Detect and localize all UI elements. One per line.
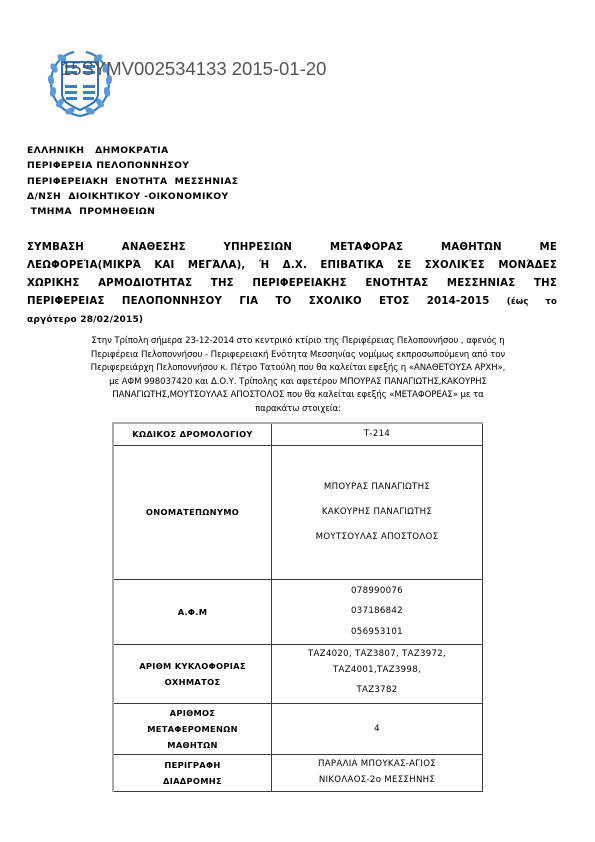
title-line: ΣΥΜΒΑΣΗ ΑΝΑΘΕΣΗΣ ΥΠΗΡΕΣΙΩΝ ΜΕΤΑΦΟΡΑΣ ΜΑΘ… [27,239,557,257]
header-line-region: ΠΕΡΙΦΕΡΕΙΑ ΠΕΛΟΠΟΝΝΗΣΟΥ [27,158,238,173]
row-label-line: ΟΧΗΜΑΤΟΣ [114,674,271,690]
preamble-line: Περιφερειάρχη Πελοποννήσου κ. Πέτρο Τατο… [42,362,554,376]
table-row-route-code: ΚΩΔΙΚΟΣ ΔΡΟΜΟΛΟΓΙΟΥ Τ-214 [113,423,483,445]
row-label-line: ΑΡΙΘΜΟΣ [114,705,271,721]
tax-id: 037186842 [272,601,482,622]
contractor-details-table: ΚΩΔΙΚΟΣ ΔΡΟΜΟΛΟΓΙΟΥ Τ-214 ΟΝΟΜΑΤΕΠΩΝΥΜΟ … [112,422,483,792]
table-row-full-name: ΟΝΟΜΑΤΕΠΩΝΥΜΟ ΜΠΟΥΡΑΣ ΠΑΝΑΓΙΩΤΗΣ ΚΑΚΟΥΡΗ… [113,445,483,579]
row-label: ΟΝΟΜΑΤΕΠΩΝΥΜΟ [113,445,272,579]
student-count: 4 [272,724,482,734]
header-line-department: ΤΜΗΜΑ ΠΡΟΜΗΘΕΙΩΝ [27,204,238,219]
table-row-route-description: ΠΕΡΙΓΡΑΦΗ ΔΙΑΔΡΟΜΗΣ ΠΑΡΑΛΙΑ ΜΠΟΥΚΑΣ-ΑΓΙΟ… [113,754,483,791]
row-value: 4 [272,703,483,754]
table-row-tax-id: Α.Φ.Μ 078990076 037186842 056953101 [113,579,483,644]
plate-numbers: ΤΑΖ4020, ΤΑΖ3807, ΤΑΖ3972, [272,646,482,662]
document-id-stamp: 15SYMV002534133 2015-01-20 [61,58,326,80]
row-label: Α.Φ.Μ [113,579,272,644]
title-line: ΧΩΡΙΚΗΣ ΑΡΜΟΔΙΟΤΗΤΑΣ ΤΗΣ ΠΕΡΙΦΕΡΕΙΑΚΗΣ Ε… [27,275,557,293]
header-line-directorate: Δ/ΝΣΗ ΔΙΟΙΚΗΤΙΚΟΥ -ΟΙΚΟΝΟΜΙΚΟΥ [27,189,238,204]
row-label: ΑΡΙΘΜΟΣ ΜΕΤΑΦΕΡΟΜΕΝΩΝ ΜΑΘΗΤΩΝ [113,703,272,754]
row-value: 078990076 037186842 056953101 [272,579,483,644]
tax-id: 056953101 [272,622,482,643]
preamble-line: Περιφέρεια Πελοποννήσου - Περιφερειακή Ε… [42,349,554,363]
title-line-suffix: (έως το [507,297,557,307]
route-code: Τ-214 [272,429,482,439]
preamble-line: με ΑΦΜ 998037420 και Δ.Ο.Υ. Τρίπολης και… [42,376,554,390]
table-row-plate-numbers: ΑΡΙΘΜ ΚΥΚΛΟΦΟΡΙΑΣ ΟΧΗΜΑΤΟΣ ΤΑΖ4020, ΤΑΖ3… [113,644,483,703]
row-label-line: ΜΕΤΑΦΕΡΟΜΕΝΩΝ [114,721,271,737]
row-label: ΚΩΔΙΚΟΣ ΔΡΟΜΟΛΟΓΙΟΥ [113,423,272,445]
plate-numbers: ΤΑΖ3782 [272,678,482,702]
row-value: ΤΑΖ4020, ΤΑΖ3807, ΤΑΖ3972, ΤΑΖ4001,ΤΑΖ39… [272,644,483,703]
row-value: ΠΑΡΑΛΙΑ ΜΠΟΥΚΑΣ-ΑΓΙΟΣ ΝΙΚΟΛΑΟΣ-2ο ΜΕΣΣΗΝ… [272,754,483,791]
title-line-text: ΠΕΡΙΦΕΡΕΙΑΣ ΠΕΛΟΠΟΝΝΗΣΟΥ ΓΙΑ ΤΟ ΣΧΟΛΙΚΟ … [27,296,489,307]
title-line: ΠΕΡΙΦΕΡΕΙΑΣ ΠΕΛΟΠΟΝΝΗΣΟΥ ΓΙΑ ΤΟ ΣΧΟΛΙΚΟ … [27,293,557,311]
title-line: ΛΕΩΦΟΡΕΊΑ(ΜΙΚΡΆ ΚΑΙ ΜΕΓΆΛΑ), Ή Δ.Χ. ΕΠΙΒ… [27,257,557,275]
row-label: ΑΡΙΘΜ ΚΥΚΛΟΦΟΡΙΑΣ ΟΧΗΜΑΤΟΣ [113,644,272,703]
contract-preamble: Στην Τρίπολη σήμερα 23-12-2014 στο κεντρ… [42,335,554,417]
row-label-line: ΠΕΡΙΓΡΑΦΗ [114,757,271,773]
row-label-line: ΔΙΑΔΡΟΜΗΣ [114,773,271,789]
row-label: ΠΕΡΙΓΡΑΦΗ ΔΙΑΔΡΟΜΗΣ [113,754,272,791]
table-row-student-count: ΑΡΙΘΜΟΣ ΜΕΤΑΦΕΡΟΜΕΝΩΝ ΜΑΘΗΤΩΝ 4 [113,703,483,754]
row-value: Τ-214 [272,423,483,445]
row-label-line: ΜΑΘΗΤΩΝ [114,737,271,753]
contract-title: ΣΥΜΒΑΣΗ ΑΝΑΘΕΣΗΣ ΥΠΗΡΕΣΙΩΝ ΜΕΤΑΦΟΡΑΣ ΜΑΘ… [27,239,557,329]
contractor-name: ΜΠΟΥΡΑΣ ΠΑΝΑΓΙΩΤΗΣ [272,475,482,500]
plate-numbers: ΤΑΖ4001,ΤΑΖ3998, [272,662,482,678]
preamble-line: Στην Τρίπολη σήμερα 23-12-2014 στο κεντρ… [42,335,554,349]
contractor-name: ΜΟΥΤΣΟΥΛΑΣ ΑΠΟΣΤΟΛΟΣ [272,525,482,550]
header-line-country: ΕΛΛΗΝΙΚΗ ΔΗΜΟΚΡΑΤΙΑ [27,143,238,158]
route-description: ΠΑΡΑΛΙΑ ΜΠΟΥΚΑΣ-ΑΓΙΟΣ [272,757,482,773]
preamble-line: ΠΑΝΑΓΙΩΤΗΣ,ΜΟΥΤΣΟΥΛΑΣ ΑΠΟΣΤΟΛΟΣ που θα κ… [42,389,554,403]
row-value: ΜΠΟΥΡΑΣ ΠΑΝΑΓΙΩΤΗΣ ΚΑΚΟΥΡΗΣ ΠΑΝΑΓΙΩΤΗΣ Μ… [272,445,483,579]
route-description: ΝΙΚΟΛΑΟΣ-2ο ΜΕΣΣΗΝΗΣ [272,773,482,789]
row-label-line: ΑΡΙΘΜ ΚΥΚΛΟΦΟΡΙΑΣ [114,658,271,674]
preamble-line: παρακάτω στοιχεία: [42,403,554,417]
header-line-regional-unit: ΠΕΡΙΦΕΡΕΙΑΚΗ ΕΝΟΤΗΤΑ ΜΕΣΣΗΝΙΑΣ [27,174,238,189]
title-line: αργότερο 28/02/2015) [27,311,557,329]
tax-id: 078990076 [272,581,482,602]
issuer-header: ΕΛΛΗΝΙΚΗ ΔΗΜΟΚΡΑΤΙΑ ΠΕΡΙΦΕΡΕΙΑ ΠΕΛΟΠΟΝΝΗ… [27,143,238,219]
contractor-name: ΚΑΚΟΥΡΗΣ ΠΑΝΑΓΙΩΤΗΣ [272,500,482,525]
